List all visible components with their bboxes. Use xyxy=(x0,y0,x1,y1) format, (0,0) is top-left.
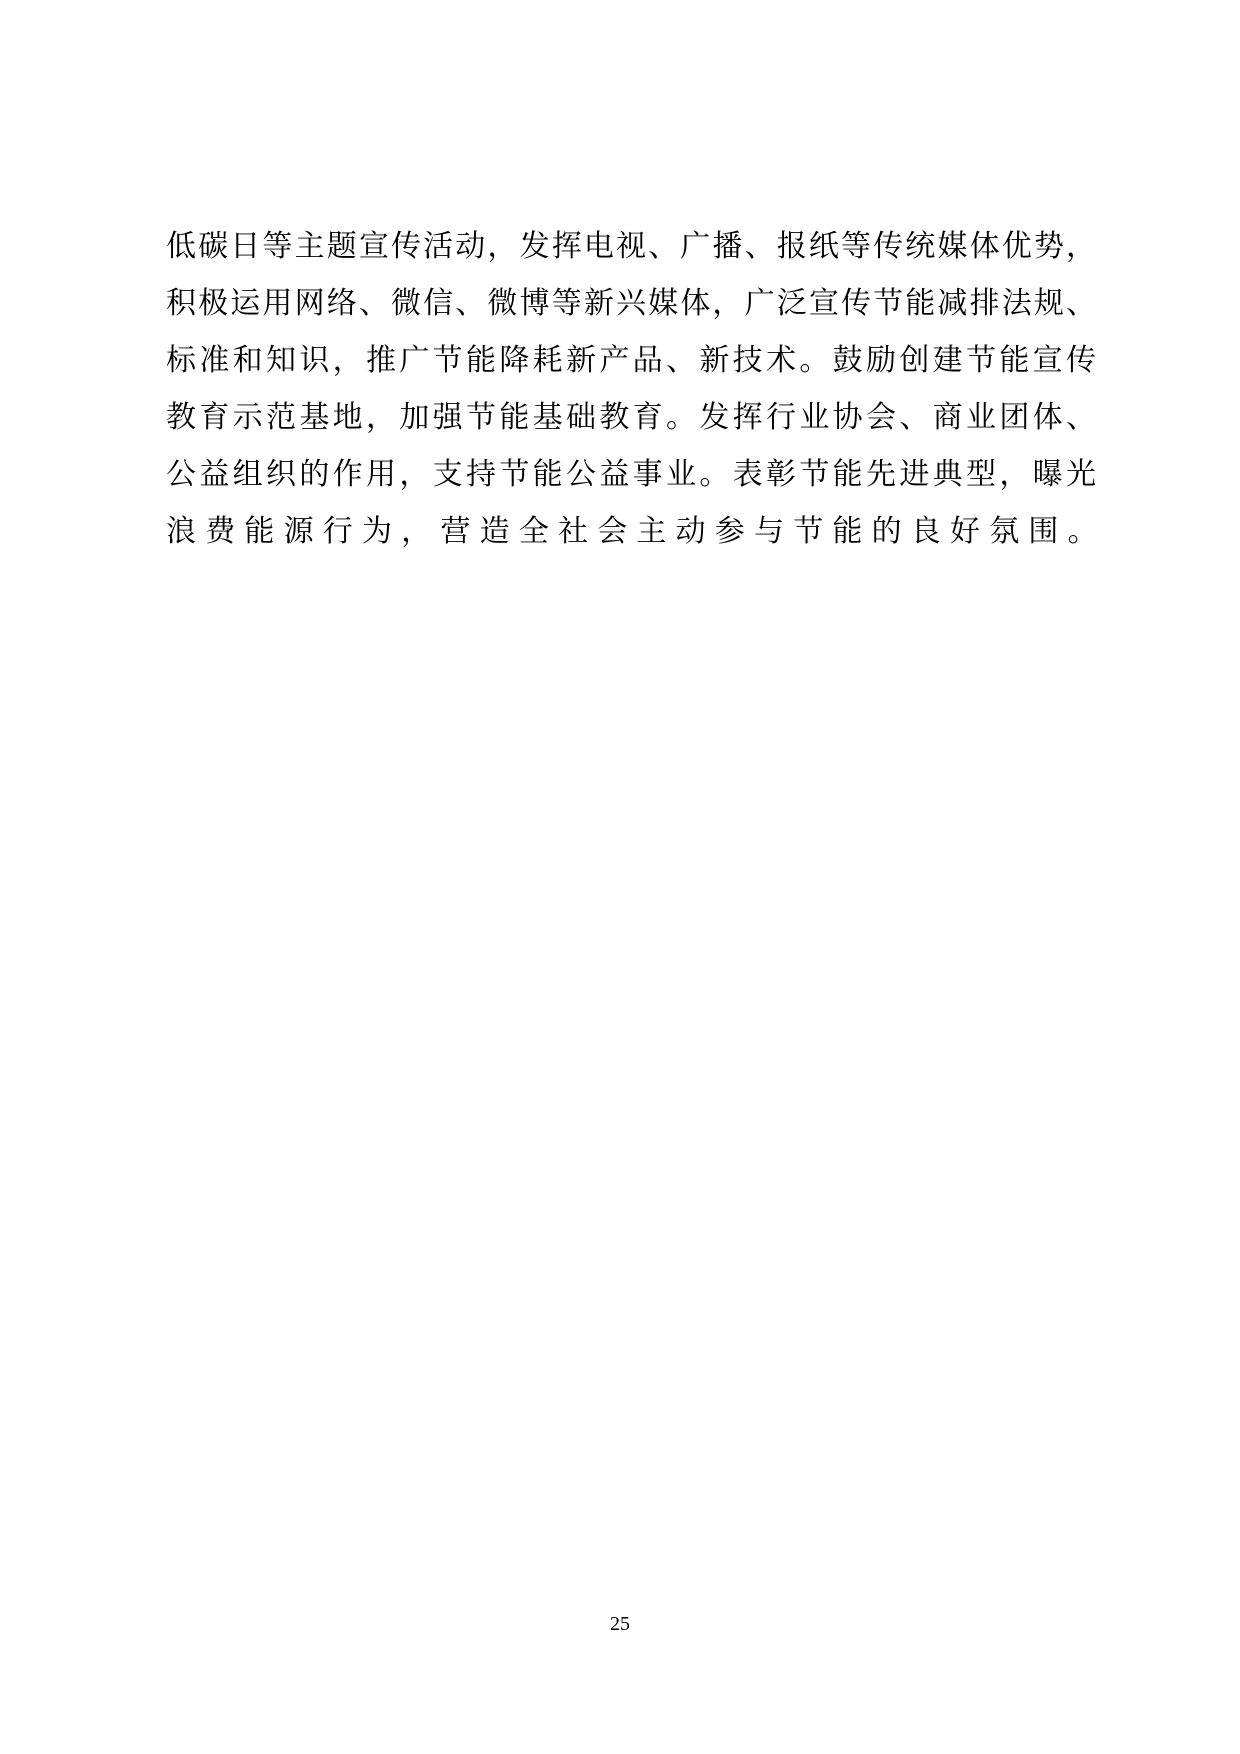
paragraph-line-3: 标准和知识，推广节能降耗新产品、新技术。鼓励创建节能宣传 xyxy=(166,332,1096,389)
page-number: 25 xyxy=(0,1612,1240,1636)
body-paragraph: 低碳日等主题宣传活动，发挥电视、广播、报纸等传统媒体优势， 积极运用网络、微信、… xyxy=(166,218,1096,560)
paragraph-line-1: 低碳日等主题宣传活动，发挥电视、广播、报纸等传统媒体优势， xyxy=(166,218,1096,275)
document-page: 低碳日等主题宣传活动，发挥电视、广播、报纸等传统媒体优势， 积极运用网络、微信、… xyxy=(0,0,1240,1754)
paragraph-line-5: 公益组织的作用，支持节能公益事业。表彰节能先进典型，曝光 xyxy=(166,446,1096,503)
paragraph-line-6: 浪费能源行为，营造全社会主动参与节能的良好氛围。 xyxy=(166,503,1096,560)
paragraph-line-2: 积极运用网络、微信、微博等新兴媒体，广泛宣传节能减排法规、 xyxy=(166,275,1096,332)
paragraph-line-4: 教育示范基地，加强节能基础教育。发挥行业协会、商业团体、 xyxy=(166,389,1096,446)
